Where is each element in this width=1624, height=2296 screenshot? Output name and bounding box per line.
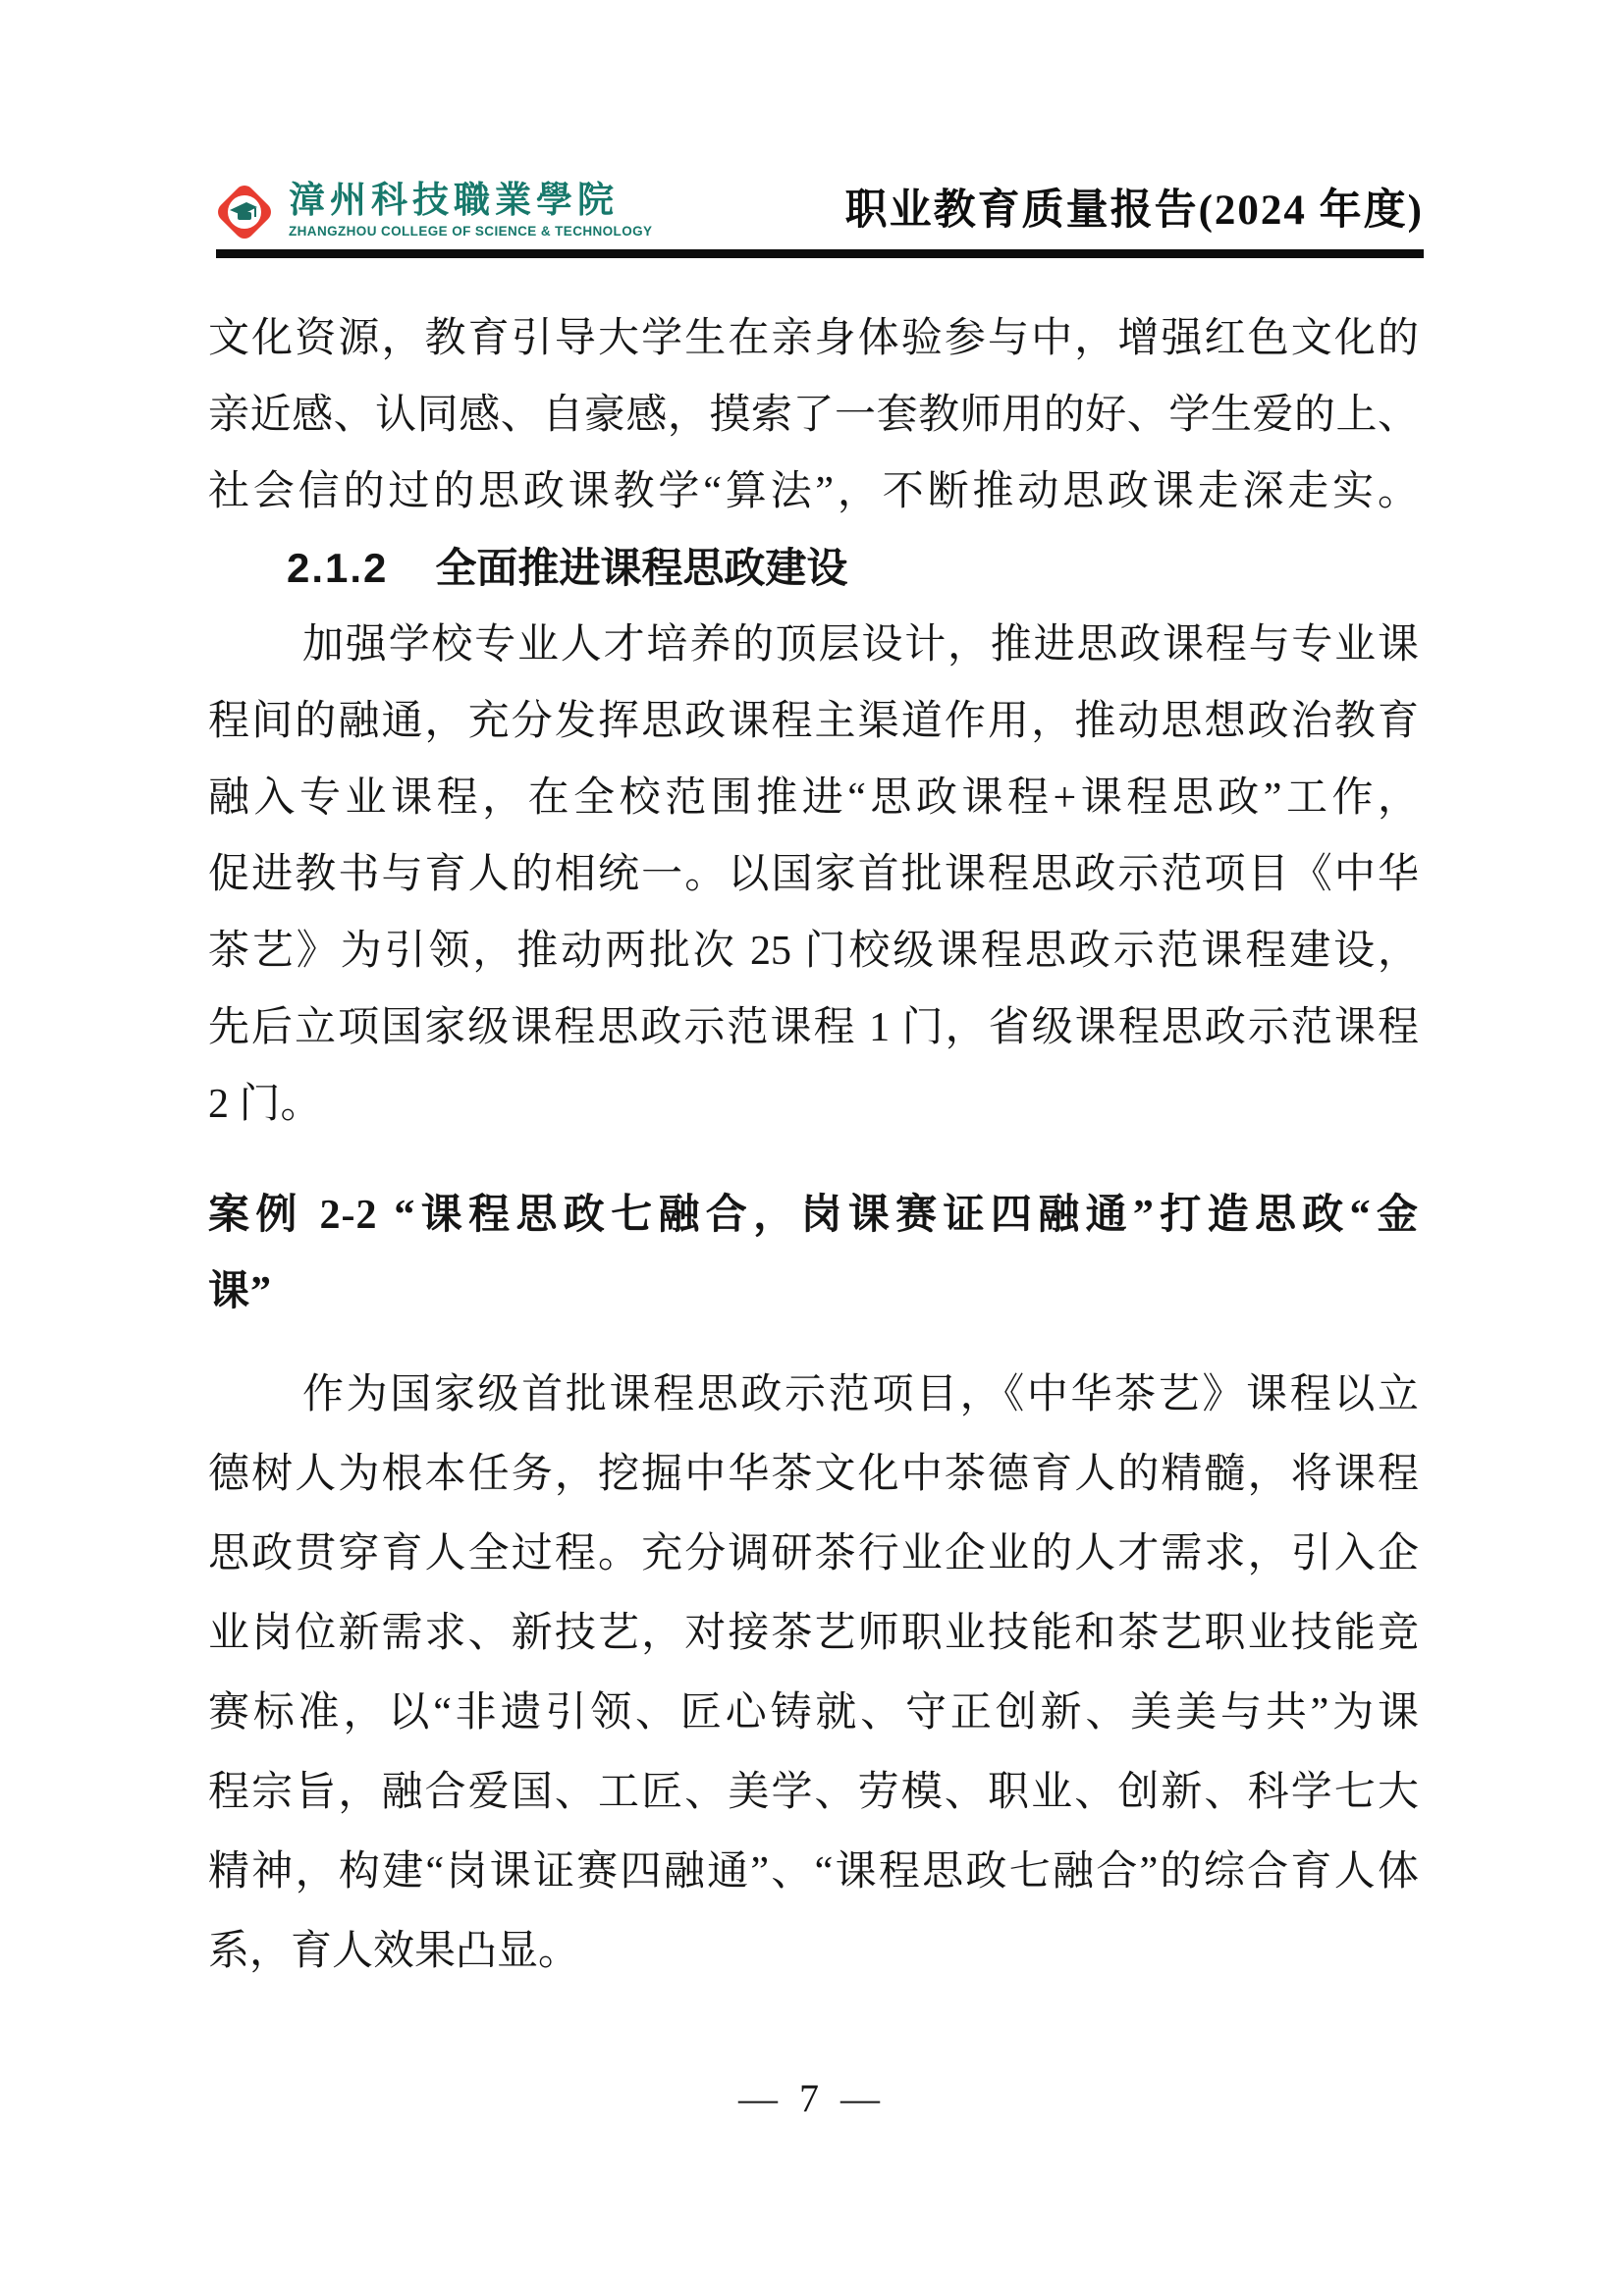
header-divider <box>216 249 1424 258</box>
page-body: 文化资源，教育引导大学生在亲身体验参与中，增强红色文化的 亲近感、认同感、自豪感… <box>208 300 1419 1992</box>
body-line: 融入专业课程，在全校范围推进“思政课程+课程思政”工作， <box>208 760 1419 836</box>
school-logo: 漳州科技職業學院 ZHANGZHOU COLLEGE OF SCIENCE & … <box>212 180 652 244</box>
body-line: 亲近感、认同感、自豪感，摸索了一套教师用的好、学生爱的上、 <box>208 377 1419 454</box>
school-name-en: ZHANGZHOU COLLEGE OF SCIENCE & TECHNOLOG… <box>289 224 652 240</box>
body-line: 文化资源，教育引导大学生在亲身体验参与中，增强红色文化的 <box>208 300 1419 377</box>
school-name-cn: 漳州科技職業學院 <box>289 182 652 221</box>
body-line: 赛标准，以“非遗引领、匠心铸就、守正创新、美美与共”为课 <box>208 1674 1419 1753</box>
body-line: 思政贯穿育人全过程。充分调研茶行业企业的人才需求，引入企 <box>208 1515 1419 1594</box>
section-heading-2-1-2: 2.1.2全面推进课程思政建设 <box>208 530 1419 607</box>
case-heading-line: 案例 2-2 “课程思政七融合，岗课赛证四融通”打造思政“金 <box>208 1177 1419 1254</box>
case-heading-2-2: 案例 2-2 “课程思政七融合，岗课赛证四融通”打造思政“金 课” <box>208 1177 1419 1330</box>
paragraph-tea-art-case: 作为国家级首批课程思政示范项目，《中华茶艺》课程以立 德树人为根本任务，挖掘中华… <box>208 1356 1419 1992</box>
body-line: 程宗旨，融合爱国、工匠、美学、劳模、职业、创新、科学七大 <box>208 1753 1419 1833</box>
body-line: 精神，构建“岗课证赛四融通”、“课程思政七融合”的综合育人体 <box>208 1833 1419 1912</box>
body-line: 业岗位新需求、新技艺，对接茶艺师职业技能和茶艺职业技能竞 <box>208 1594 1419 1674</box>
body-line: 先后立项国家级课程思政示范课程 1 门，省级课程思政示范课程 <box>208 989 1419 1066</box>
body-line: 促进教书与育人的相统一。以国家首批课程思政示范项目《中华 <box>208 836 1419 913</box>
section-title: 全面推进课程思政建设 <box>435 547 847 592</box>
body-line: 程间的融通，充分发挥思政课程主渠道作用，推动思想政治教育 <box>208 683 1419 760</box>
body-line: 社会信的过的思政课教学“算法”，不断推动思政课走深走实。 <box>208 454 1419 530</box>
school-logo-icon <box>212 180 277 244</box>
body-line: 系，育人效果凸显。 <box>208 1912 1419 1992</box>
school-logo-text: 漳州科技職業學院 ZHANGZHOU COLLEGE OF SCIENCE & … <box>289 180 652 240</box>
body-line: 茶艺》为引领，推动两批次 25 门校级课程思政示范课程建设， <box>208 913 1419 989</box>
page-number: — 7 — <box>0 2073 1624 2124</box>
body-line: 加强学校专业人才培养的顶层设计，推进思政课程与专业课 <box>208 607 1419 683</box>
paragraph-course-ideology: 加强学校专业人才培养的顶层设计，推进思政课程与专业课 程间的融通，充分发挥思政课… <box>208 607 1419 1143</box>
document-page: 漳州科技職業學院 ZHANGZHOU COLLEGE OF SCIENCE & … <box>0 0 1624 2296</box>
body-line: 德树人为根本任务，挖掘中华茶文化中茶德育人的精髓，将课程 <box>208 1435 1419 1515</box>
paragraph-continuation: 文化资源，教育引导大学生在亲身体验参与中，增强红色文化的 亲近感、认同感、自豪感… <box>208 300 1419 530</box>
report-title: 职业教育质量报告(2024 年度) <box>845 187 1424 236</box>
body-line: 2 门。 <box>208 1066 1419 1143</box>
case-heading-line: 课” <box>208 1254 1419 1330</box>
section-number: 2.1.2 <box>287 545 388 591</box>
body-line: 作为国家级首批课程思政示范项目，《中华茶艺》课程以立 <box>208 1356 1419 1435</box>
